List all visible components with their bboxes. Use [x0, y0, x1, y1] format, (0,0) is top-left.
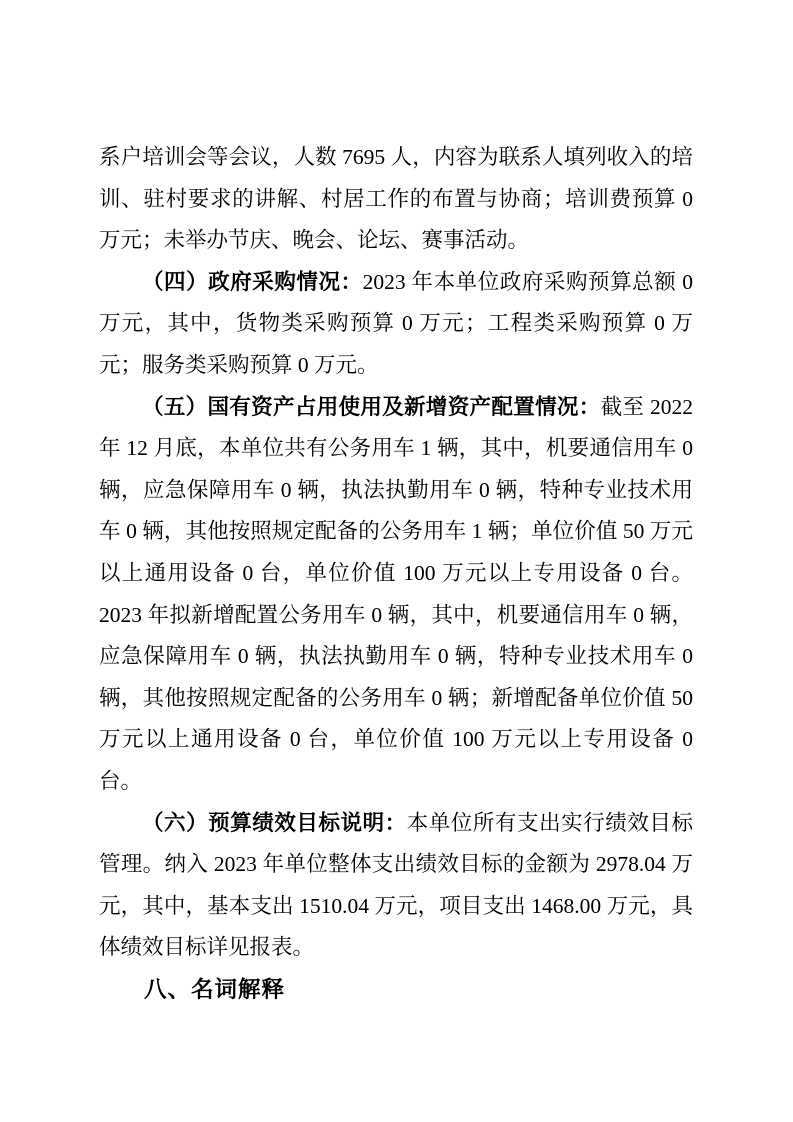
section-heading: 八、名词解释 [99, 969, 693, 1011]
paragraph: （四）政府采购情况：2023 年本单位政府采购预算总额 0 万元，其中，货物类采… [99, 262, 693, 387]
paragraph-text: 截至 2022 年 12 月底，本单位共有公务用车 1 辆，其中，机要通信用车 … [99, 395, 693, 793]
paragraph: （五）国有资产占用使用及新增资产配置情况：截至 2022 年 12 月底，本单位… [99, 387, 693, 803]
paragraph: 系户培训会等会议，人数 7695 人，内容为联系人填列收入的培训、驻村要求的讲解… [99, 137, 693, 262]
document-body: 系户培训会等会议，人数 7695 人，内容为联系人填列收入的培训、驻村要求的讲解… [99, 137, 693, 1010]
paragraph: （六）预算绩效目标说明：本单位所有支出实行绩效目标管理。纳入 2023 年单位整… [99, 803, 693, 969]
paragraph-label: （四）政府采购情况： [142, 270, 363, 294]
paragraph-label: （五）国有资产占用使用及新增资产配置情况： [142, 395, 601, 419]
paragraph-label: （六）预算绩效目标说明： [142, 811, 407, 835]
paragraph-text: 系户培训会等会议，人数 7695 人，内容为联系人填列收入的培训、驻村要求的讲解… [99, 145, 693, 252]
document-page: 系户培训会等会议，人数 7695 人，内容为联系人填列收入的培训、驻村要求的讲解… [0, 0, 793, 1122]
